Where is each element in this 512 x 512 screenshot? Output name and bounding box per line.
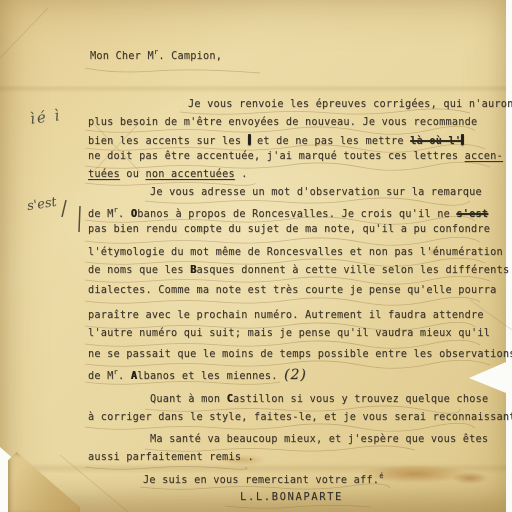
- letter-line: dialectes. Comme ma note est très courte…: [88, 285, 497, 296]
- closing-line: Je suis en vous remerciant votre aff.é: [143, 472, 384, 486]
- letter-line: de noms que les Basques donnent à cette …: [88, 265, 509, 276]
- letter-line: ne se passait que le moins de temps poss…: [88, 349, 512, 360]
- margin-note-accent-marks: ìé ì: [29, 106, 62, 128]
- letter-line: bien les accents sur les et de ne pas le…: [88, 134, 464, 147]
- letter-line: plus besoin de m'être envoyées de nouvea…: [88, 117, 477, 128]
- letter-line: Je vous renvoie les épreuves corrigées, …: [188, 99, 512, 110]
- letter-line: l'étymologie du mot même de Roncesvalles…: [88, 247, 503, 258]
- letter-line: aussi parfaitement remis .: [88, 452, 254, 463]
- letter-line: Quant à mon Castillon si vous y trouvez …: [150, 394, 488, 405]
- superscript-e-acute: é: [379, 472, 383, 480]
- letter-line: à corriger dans le style, faites-le, et …: [88, 412, 512, 423]
- struck-text: s'est: [456, 209, 488, 220]
- letter-line: l'autre numéro qui suit; mais je pense q…: [88, 328, 490, 339]
- letter-scan: Mon Cher Mr. Campion, Je vous renvoie le…: [0, 0, 512, 512]
- letter-line: Ma santé va beaucoup mieux, et j'espère …: [150, 434, 488, 445]
- letter-line: de Mr. Obanos à propos de Roncesvalles. …: [88, 206, 488, 220]
- overstruck-name: Castillon: [227, 394, 284, 405]
- overstruck-name: Albanos: [131, 371, 176, 382]
- struck-text: là où l': [410, 136, 461, 147]
- letter-line: tuées ou non accentuées .: [88, 169, 248, 180]
- overstruck-name: Obanos: [131, 209, 169, 220]
- ink-stroke-mark: [461, 134, 464, 145]
- letter-line: de Mr. Albanos et les miennes. (2): [88, 367, 307, 383]
- letter-line: paraître avec le prochain numéro. Autrem…: [88, 310, 484, 321]
- letter-line: pas bien rendu compte du sujet de ma not…: [88, 224, 490, 235]
- overstruck-name: Basques: [190, 265, 235, 276]
- salutation: Mon Cher Mr. Campion,: [90, 48, 222, 62]
- signature-text: L.L.BONAPARTE: [240, 491, 343, 503]
- handwritten-number: (2): [284, 367, 307, 383]
- letter-line: ne doit pas être accentuée, j'ai marqué …: [88, 151, 503, 162]
- letter-line: Je vous adresse un mot d'observation sur…: [150, 187, 482, 198]
